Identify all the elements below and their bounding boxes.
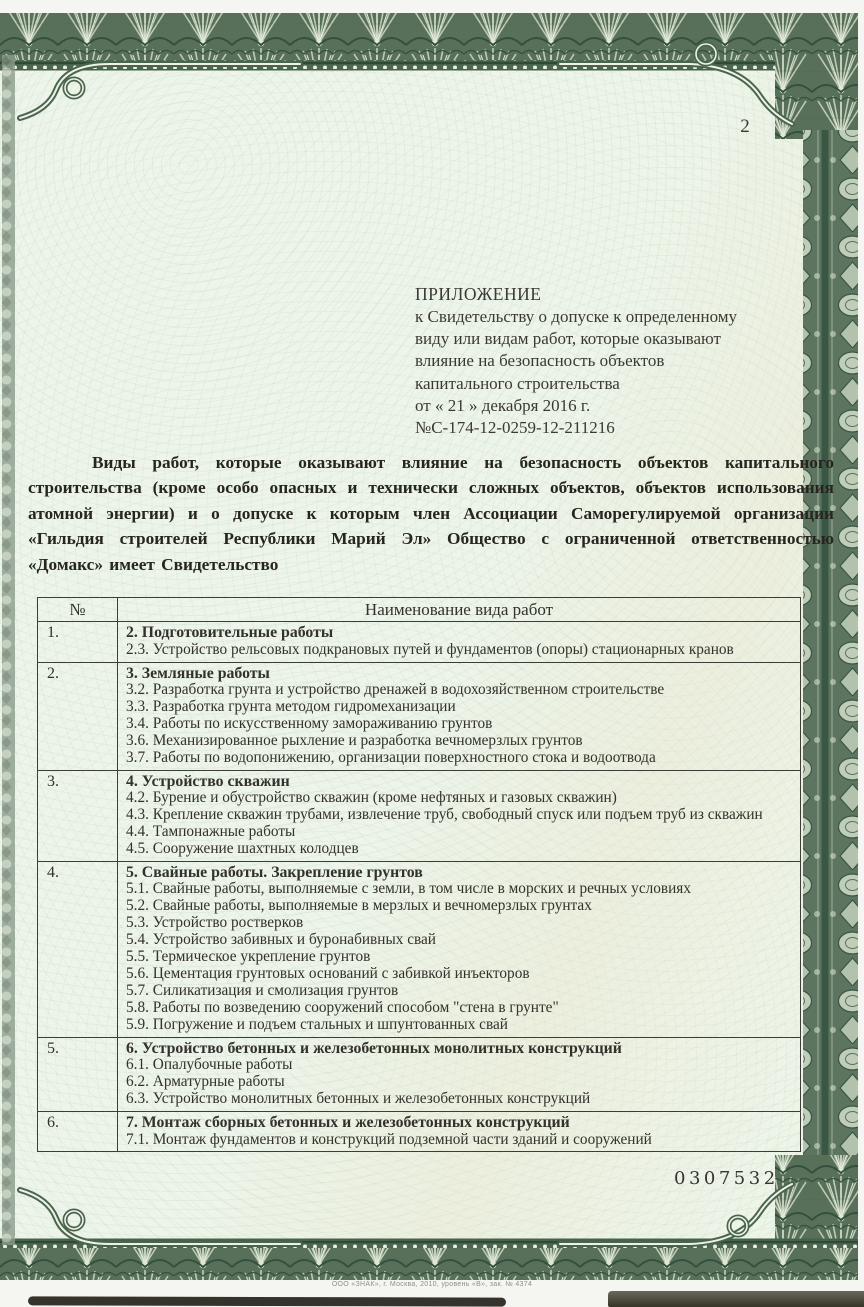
row-number: 1. [38,622,118,663]
work-item: 3.6. Механизированное рыхление и разрабо… [126,733,794,750]
row-number: 2. [38,662,118,770]
printer-note: ООО «ЗНАК», г. Москва, 2010, уровень «В»… [167,1281,697,1288]
work-item: 3.3. Разработка грунта методом гидромеха… [126,699,794,716]
row-number: 5. [38,1037,118,1111]
appendix-header: ПРИЛОЖЕНИЕ к Свидетельству о допуске к о… [415,283,807,439]
appendix-header-lines: к Свидетельству о допуске к определенном… [415,306,807,439]
table-row: 3.4. Устройство скважин4.2. Бурение и об… [38,770,801,861]
row-works: 6. Устройство бетонных и железобетонных … [118,1037,801,1111]
work-group-title: 4. Устройство скважин [126,772,794,791]
scanned-certificate-page: 2 ПРИЛОЖЕНИЕ к Свидетельству о допуске к… [0,0,864,1307]
work-item: 4.4. Тампонажные работы [126,824,794,841]
appendix-line: капитального строительства [415,373,807,395]
table-row: 5.6. Устройство бетонных и железобетонны… [38,1037,801,1111]
work-item: 5.7. Силикатизация и смолизация грунтов [126,983,794,1000]
intro-paragraph: Виды работ, которые оказывают влияние на… [28,450,834,577]
work-item: 5.5. Термическое укрепление грунтов [126,949,794,966]
work-item: 6.1. Опалубочные работы [126,1057,794,1074]
work-group-title: 5. Свайные работы. Закрепление грунтов [126,863,794,882]
col-header-number: № [38,598,118,622]
work-item: 5.1. Свайные работы, выполняемые с земли… [126,881,794,898]
work-table-body: 1.2. Подготовительные работы2.3. Устройс… [38,622,801,1152]
table-row: 4.5. Свайные работы. Закрепление грунтов… [38,861,801,1037]
work-item: 5.4. Устройство забивных и буронабивных … [126,932,794,949]
serial-number: 0307532 [674,1168,779,1189]
work-item: 5.8. Работы по возведению сооружений спо… [126,1000,794,1017]
work-group-title: 3. Земляные работы [126,664,794,683]
work-item: 2.3. Устройство рельсовых подкрановых пу… [126,642,794,659]
row-number: 3. [38,770,118,861]
page-number: 2 [730,116,760,138]
work-item: 5.9. Погружение и подъем стальных и шпун… [126,1017,794,1034]
table-row: 2.3. Земляные работы3.2. Разработка грун… [38,662,801,770]
work-types-table: № Наименование вида работ 1.2. Подготови… [37,597,801,1152]
work-group-title: 6. Устройство бетонных и железобетонных … [126,1039,794,1058]
work-item: 5.6. Цементация грунтовых оснований с за… [126,966,794,983]
work-item: 3.4. Работы по искусственному заморажива… [126,716,794,733]
work-group-title: 7. Монтаж сборных бетонных и железобетон… [126,1113,794,1132]
appendix-title: ПРИЛОЖЕНИЕ [415,283,807,306]
appendix-line: виду или видам работ, которые оказывают [415,328,807,350]
row-works: 4. Устройство скважин4.2. Бурение и обус… [118,770,801,861]
appendix-line: №С-174-12-0259-12-211216 [415,417,807,439]
work-item: 4.3. Крепление скважин трубами, извлечен… [126,807,794,824]
scan-edge-shadow-left [28,1296,506,1306]
appendix-line: от « 21 » декабря 2016 г. [415,395,807,417]
row-works: 5. Свайные работы. Закрепление грунтов5.… [118,861,801,1037]
work-item: 4.5. Сооружение шахтных колодцев [126,841,794,858]
scan-edge-shadow-right [608,1291,864,1307]
work-item: 3.7. Работы по водопонижению, организаци… [126,750,794,767]
table-row: 6.7. Монтаж сборных бетонных и железобет… [38,1111,801,1152]
work-item: 6.3. Устройство монолитных бетонных и же… [126,1091,794,1108]
work-item: 5.3. Устройство ростверков [126,915,794,932]
table-header-row: № Наименование вида работ [38,598,801,622]
row-number: 6. [38,1111,118,1152]
work-group-title: 2. Подготовительные работы [126,623,794,642]
row-works: 3. Земляные работы3.2. Разработка грунта… [118,662,801,770]
row-works: 2. Подготовительные работы2.3. Устройств… [118,622,801,663]
appendix-line: к Свидетельству о допуске к определенном… [415,306,807,328]
work-item: 4.2. Бурение и обустройство скважин (кро… [126,790,794,807]
work-item: 7.1. Монтаж фундаментов и конструкций по… [126,1132,794,1149]
table-row: 1.2. Подготовительные работы2.3. Устройс… [38,622,801,663]
col-header-name: Наименование вида работ [118,598,801,622]
work-item: 6.2. Арматурные работы [126,1074,794,1091]
work-item: 3.2. Разработка грунта и устройство дрен… [126,682,794,699]
row-works: 7. Монтаж сборных бетонных и железобетон… [118,1111,801,1152]
appendix-line: влияние на безопасность объектов [415,350,807,372]
row-number: 4. [38,861,118,1037]
work-item: 5.2. Свайные работы, выполняемые в мерзл… [126,898,794,915]
